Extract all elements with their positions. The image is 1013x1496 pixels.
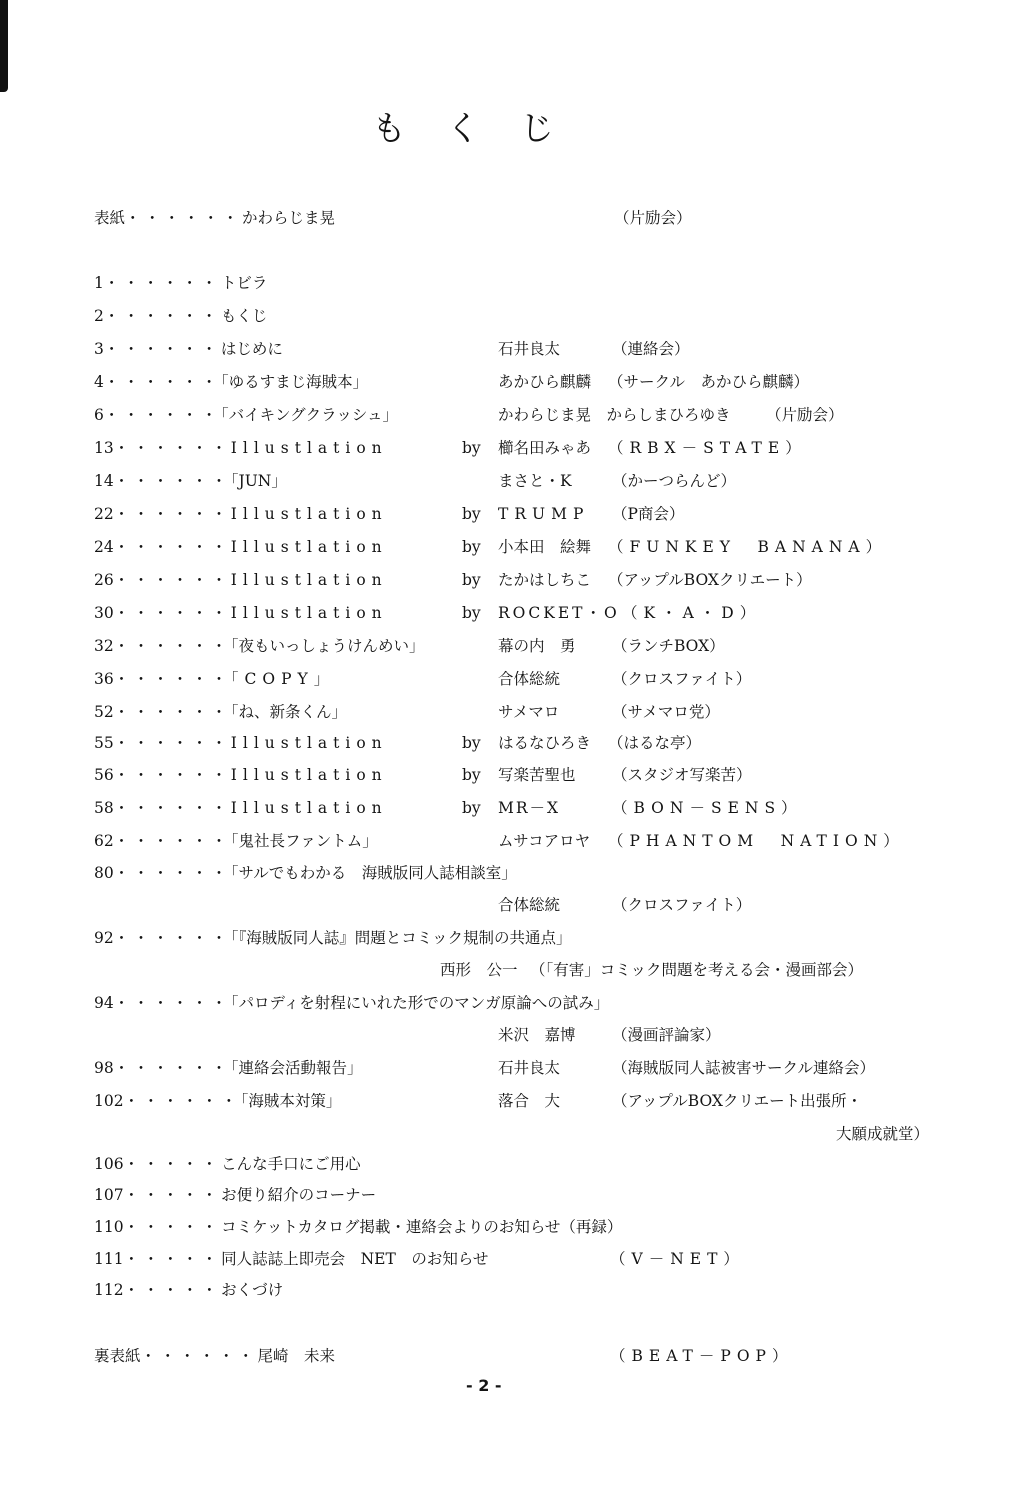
entry-title: こんな手口にご用心 bbox=[221, 1155, 361, 1173]
leader-dots: ・・・・・・ bbox=[114, 472, 231, 490]
leader-dots: ・・・・・・ bbox=[114, 571, 231, 589]
entry-title: 「海賊本対策」 bbox=[241, 1092, 342, 1110]
leader-dots: ・・・・・・ bbox=[114, 439, 231, 457]
page-number-footer: - 2 - bbox=[466, 1376, 502, 1395]
toc-row: 112・・・・・おくづけ bbox=[94, 1278, 283, 1302]
entry-group: （K・A・D） bbox=[622, 601, 761, 625]
by-label: by bbox=[462, 436, 481, 460]
toc-row: 26・・・・・・Illustlation by たかはしちこ （アップルBOXク… bbox=[94, 568, 994, 592]
entry-title: Illustlation bbox=[231, 538, 388, 556]
entry-title: コミケットカタログ掲載・連絡会よりのお知らせ（再録） bbox=[221, 1218, 622, 1236]
entry-title: 「COPY」 bbox=[231, 670, 335, 688]
entry-group-continued: 大願成就堂） bbox=[836, 1122, 929, 1146]
by-label: by bbox=[462, 731, 481, 755]
entry-group: （サークル あかひら麒麟） bbox=[608, 370, 809, 394]
page-number: 80 bbox=[94, 864, 114, 882]
leader-dots: ・・・・・ bbox=[124, 1155, 222, 1173]
leader-dots: ・・・・・・ bbox=[114, 703, 231, 721]
back-cover-group: （BEAT－POP） bbox=[610, 1344, 793, 1368]
toc-row-back-cover: 裏表紙・・・・・・尾崎 未来 （BEAT－POP） bbox=[94, 1344, 994, 1368]
entry-title: はじめに bbox=[221, 340, 283, 358]
entry-title: 「ゆるすまじ海賊本」 bbox=[221, 373, 368, 391]
toc-row: 3・・・・・・はじめに 石井良太 （連絡会） bbox=[94, 337, 994, 361]
leader-dots: ・・・・・・ bbox=[114, 994, 231, 1012]
toc-row: 32・・・・・・「夜もいっしょうけんめい」 幕の内 勇 （ランチBOX） bbox=[94, 634, 994, 658]
entry-author: 櫛名田みゃあ bbox=[498, 436, 591, 460]
leader-dots: ・・・・・・ bbox=[114, 832, 231, 850]
entry-title: 「サルでもわかる 海賊版同人誌相談室」 bbox=[231, 864, 517, 882]
entry-author: 合体総統 bbox=[498, 667, 560, 691]
entry-group: （はるな亭） bbox=[608, 731, 701, 755]
page-number: 92 bbox=[94, 929, 114, 947]
entry-group: （FUNKEY BANANA） bbox=[608, 535, 887, 559]
page-number: 6 bbox=[94, 406, 104, 424]
binding-edge bbox=[0, 0, 8, 92]
entry-title: Illustlation bbox=[231, 439, 388, 457]
entry-title: 「ね、新条くん」 bbox=[231, 703, 347, 721]
entry-group: （BON－SENS） bbox=[612, 796, 803, 820]
entry-author: 石井良太 bbox=[498, 1056, 560, 1080]
leader-dots: ・・・・・ bbox=[124, 1250, 222, 1268]
entry-group: （アップルBOXクリエート） bbox=[608, 568, 812, 592]
page-number: 102 bbox=[94, 1092, 124, 1110]
page-number: 112 bbox=[94, 1281, 124, 1299]
entry-title: 「バイキングクラッシュ」 bbox=[221, 406, 398, 424]
toc-row: 52・・・・・・「ね、新条くん」 サメマロ （サメマロ党） bbox=[94, 700, 994, 724]
toc-row-continuation: 米沢 嘉博 （漫画評論家） bbox=[94, 1023, 994, 1047]
page-number: 52 bbox=[94, 703, 114, 721]
page-number: 22 bbox=[94, 505, 114, 523]
toc-row: 106・・・・・こんな手口にご用心 bbox=[94, 1152, 361, 1176]
entry-title: 「鬼社長ファントム」 bbox=[231, 832, 378, 850]
page-number: 94 bbox=[94, 994, 114, 1012]
leader-dots: ・・・・・・ bbox=[114, 1059, 231, 1077]
toc-row: 1・・・・・・トビラ bbox=[94, 271, 267, 295]
page-number: 111 bbox=[94, 1250, 124, 1268]
entry-group: （ランチBOX） bbox=[612, 634, 725, 658]
entry-author: まさと・K bbox=[498, 469, 572, 493]
entry-group: （PHANTOM NATION） bbox=[608, 829, 905, 853]
toc-row: 94・・・・・・「パロディを射程にいれた形でのマンガ原論への試み」 bbox=[94, 991, 994, 1015]
entry-group: （RBX－STATE） bbox=[608, 436, 807, 460]
leader-dots: ・・・・・・ bbox=[124, 1092, 241, 1110]
entry-author: 石井良太 bbox=[498, 337, 560, 361]
toc-row: 92・・・・・・「『海賊版同人誌』問題とコミック規制の共通点」 bbox=[94, 926, 994, 950]
entry-author: はるなひろき bbox=[498, 731, 591, 755]
leader-dots: ・・・・・・ bbox=[114, 864, 231, 882]
entry-author: かわらじま晃 からしまひろゆき bbox=[498, 403, 731, 427]
toc-row: 13・・・・・・Illustlation by 櫛名田みゃあ （RBX－STAT… bbox=[94, 436, 994, 460]
entry-title: トビラ bbox=[221, 274, 268, 292]
page-number: 4 bbox=[94, 373, 104, 391]
page-number: 106 bbox=[94, 1155, 124, 1173]
leader-dots: ・・・・・ bbox=[124, 1281, 222, 1299]
entry-title: 「『海賊版同人誌』問題とコミック規制の共通点」 bbox=[231, 929, 572, 947]
toc-row: 56・・・・・・Illustlation by 写楽苦聖也 （スタジオ写楽苦） bbox=[94, 763, 994, 787]
leader-dots: ・・・・・・ bbox=[141, 1347, 258, 1365]
page-number: 32 bbox=[94, 637, 114, 655]
leader-dots: ・・・・・・ bbox=[114, 505, 231, 523]
toc-row-continuation: 大願成就堂） bbox=[94, 1122, 994, 1146]
entry-author: 幕の内 勇 bbox=[498, 634, 576, 658]
page-number: 58 bbox=[94, 799, 114, 817]
toc-row: 6・・・・・・「バイキングクラッシュ」 かわらじま晃 からしまひろゆき （片励会… bbox=[94, 403, 994, 427]
toc-row: 14・・・・・・「JUN」 まさと・K （かーつらんど） bbox=[94, 469, 994, 493]
toc-row: 80・・・・・・「サルでもわかる 海賊版同人誌相談室」 bbox=[94, 861, 994, 885]
page-number: 2 bbox=[94, 307, 104, 325]
entry-group: （片励会） bbox=[766, 403, 844, 427]
page-number: 24 bbox=[94, 538, 114, 556]
toc-row: 62・・・・・・「鬼社長ファントム」 ムサコアロヤ （PHANTOM NATIO… bbox=[94, 829, 994, 853]
entry-title: お便り紹介のコーナー bbox=[221, 1186, 376, 1204]
by-label: by bbox=[462, 535, 481, 559]
entry-title: Illustlation bbox=[231, 505, 388, 523]
entry-group: （P商会） bbox=[612, 502, 684, 526]
entry-title: 「パロディを射程にいれた形でのマンガ原論への試み」 bbox=[231, 994, 610, 1012]
entry-author: TRUMP bbox=[498, 502, 589, 526]
page-number: 98 bbox=[94, 1059, 114, 1077]
leader-dots: ・・・・・・ bbox=[114, 670, 231, 688]
toc-row: 55・・・・・・Illustlation by はるなひろき （はるな亭） bbox=[94, 731, 994, 755]
back-cover-artist: 尾崎 未来 bbox=[258, 1347, 336, 1365]
entry-title: Illustlation bbox=[231, 799, 388, 817]
page-number: 26 bbox=[94, 571, 114, 589]
toc-row: 111・・・・・同人誌誌上即売会 NET のお知らせ （V－NET） bbox=[94, 1247, 994, 1271]
entry-group: （クロスファイト） bbox=[612, 667, 751, 691]
page-number: 13 bbox=[94, 439, 114, 457]
entry-title: もくじ bbox=[221, 307, 268, 325]
page-number: 55 bbox=[94, 734, 114, 752]
leader-dots: ・・・・・・ bbox=[104, 406, 221, 424]
entry-title: 「連絡会活動報告」 bbox=[231, 1059, 363, 1077]
entry-title: 「JUN」 bbox=[231, 472, 287, 490]
page-number: 30 bbox=[94, 604, 114, 622]
entry-author: サメマロ bbox=[498, 700, 559, 724]
entry-group: （クロスファイト） bbox=[612, 893, 751, 917]
by-label: by bbox=[462, 568, 481, 592]
toc-row: 36・・・・・・「COPY」 合体総統 （クロスファイト） bbox=[94, 667, 994, 691]
toc-row-cover: 表紙・・・・・・かわらじま晃 （片励会） bbox=[94, 206, 335, 230]
leader-dots: ・・・・・・ bbox=[114, 734, 231, 752]
leader-dots: ・・・・・・ bbox=[114, 637, 231, 655]
by-label: by bbox=[462, 502, 481, 526]
entry-group: （スタジオ写楽苦） bbox=[612, 763, 752, 787]
entry-author: ROCKET・O bbox=[498, 601, 620, 625]
leader-dots: ・・・・・・ bbox=[114, 604, 231, 622]
by-label: by bbox=[462, 601, 481, 625]
leader-dots: ・・・・・・ bbox=[114, 929, 231, 947]
page-number: 3 bbox=[94, 340, 104, 358]
page-number: 14 bbox=[94, 472, 114, 490]
leader-dots: ・・・・・・ bbox=[104, 307, 221, 325]
back-cover-label: 裏表紙 bbox=[94, 1347, 141, 1365]
entry-author: ムサコアロヤ bbox=[498, 829, 590, 853]
leader-dots: ・・・・・・ bbox=[104, 274, 221, 292]
page-number: 36 bbox=[94, 670, 114, 688]
leader-dots: ・・・・・・ bbox=[114, 799, 231, 817]
entry-group: （かーつらんど） bbox=[612, 469, 736, 493]
entry-group: （漫画評論家） bbox=[612, 1023, 721, 1047]
toc-row: 58・・・・・・Illustlation by MR－X （BON－SENS） bbox=[94, 796, 994, 820]
entry-title: Illustlation bbox=[231, 766, 388, 784]
page-number: 1 bbox=[94, 274, 104, 292]
entry-author: 落合 大 bbox=[498, 1089, 560, 1113]
entry-author: たかはしちこ bbox=[498, 568, 591, 592]
cover-group: （片励会） bbox=[614, 206, 692, 230]
entry-author: 西形 公一 bbox=[440, 958, 518, 982]
toc-row: 102・・・・・・「海賊本対策」 落合 大 （アップルBOXクリエート出張所・ bbox=[94, 1089, 994, 1113]
entry-title: 同人誌誌上即売会 NET のお知らせ bbox=[221, 1250, 488, 1268]
toc-row: 4・・・・・・「ゆるすまじ海賊本」 あかひら麒麟 （サークル あかひら麒麟） bbox=[94, 370, 994, 394]
entry-group: （サメマロ党） bbox=[612, 700, 720, 724]
entry-title: Illustlation bbox=[231, 604, 388, 622]
entry-title: おくづけ bbox=[221, 1281, 283, 1299]
by-label: by bbox=[462, 763, 481, 787]
toc-row: 22・・・・・・Illustlation by TRUMP （P商会） bbox=[94, 502, 994, 526]
entry-author: 米沢 嘉博 bbox=[498, 1023, 576, 1047]
leader-dots: ・・・・・・ bbox=[104, 340, 221, 358]
entry-author: 合体総統 bbox=[498, 893, 560, 917]
cover-label: 表紙 bbox=[94, 209, 125, 227]
leader-dots: ・・・・・・ bbox=[125, 209, 242, 227]
entry-title: Illustlation bbox=[231, 571, 388, 589]
leader-dots: ・・・・・ bbox=[124, 1218, 222, 1236]
toc-row: 2・・・・・・もくじ bbox=[94, 304, 267, 328]
entry-title: 「夜もいっしょうけんめい」 bbox=[231, 637, 425, 655]
by-label: by bbox=[462, 796, 481, 820]
leader-dots: ・・・・・・ bbox=[114, 538, 231, 556]
toc-row-continuation: 合体総統 （クロスファイト） bbox=[94, 893, 994, 917]
toc-row: 30・・・・・・Illustlation by ROCKET・O （K・A・D） bbox=[94, 601, 994, 625]
entry-title: Illustlation bbox=[231, 734, 388, 752]
toc-row: 107・・・・・お便り紹介のコーナー bbox=[94, 1183, 376, 1207]
entry-author: MR－X bbox=[498, 796, 560, 820]
entry-group: （連絡会） bbox=[612, 337, 690, 361]
cover-artist: かわらじま晃 bbox=[242, 209, 335, 227]
toc-row: 110・・・・・コミケットカタログ掲載・連絡会よりのお知らせ（再録） bbox=[94, 1215, 622, 1239]
leader-dots: ・・・・・ bbox=[124, 1186, 222, 1204]
entry-author: 小本田 絵舞 bbox=[498, 535, 591, 559]
toc-row: 98・・・・・・「連絡会活動報告」 石井良太 （海賊版同人誌被害サークル連絡会） bbox=[94, 1056, 994, 1080]
toc-row: 24・・・・・・Illustlation by 小本田 絵舞 （FUNKEY B… bbox=[94, 535, 994, 559]
entry-author: 写楽苦聖也 bbox=[498, 763, 576, 787]
entry-group: （アップルBOXクリエート出張所・ bbox=[612, 1089, 862, 1113]
entry-group: （海賊版同人誌被害サークル連絡会） bbox=[612, 1056, 875, 1080]
entry-group: （「有害」コミック問題を考える会・漫画部会） bbox=[530, 958, 863, 982]
page-title: もくじ bbox=[372, 101, 594, 150]
leader-dots: ・・・・・・ bbox=[114, 766, 231, 784]
toc-row-continuation: 西形 公一 （「有害」コミック問題を考える会・漫画部会） bbox=[94, 958, 994, 982]
page-number: 56 bbox=[94, 766, 114, 784]
page-number: 62 bbox=[94, 832, 114, 850]
leader-dots: ・・・・・・ bbox=[104, 373, 221, 391]
page-number: 107 bbox=[94, 1186, 124, 1204]
entry-group: （V－NET） bbox=[610, 1247, 745, 1271]
entry-author: あかひら麒麟 bbox=[498, 370, 591, 394]
page-number: 110 bbox=[94, 1218, 124, 1236]
